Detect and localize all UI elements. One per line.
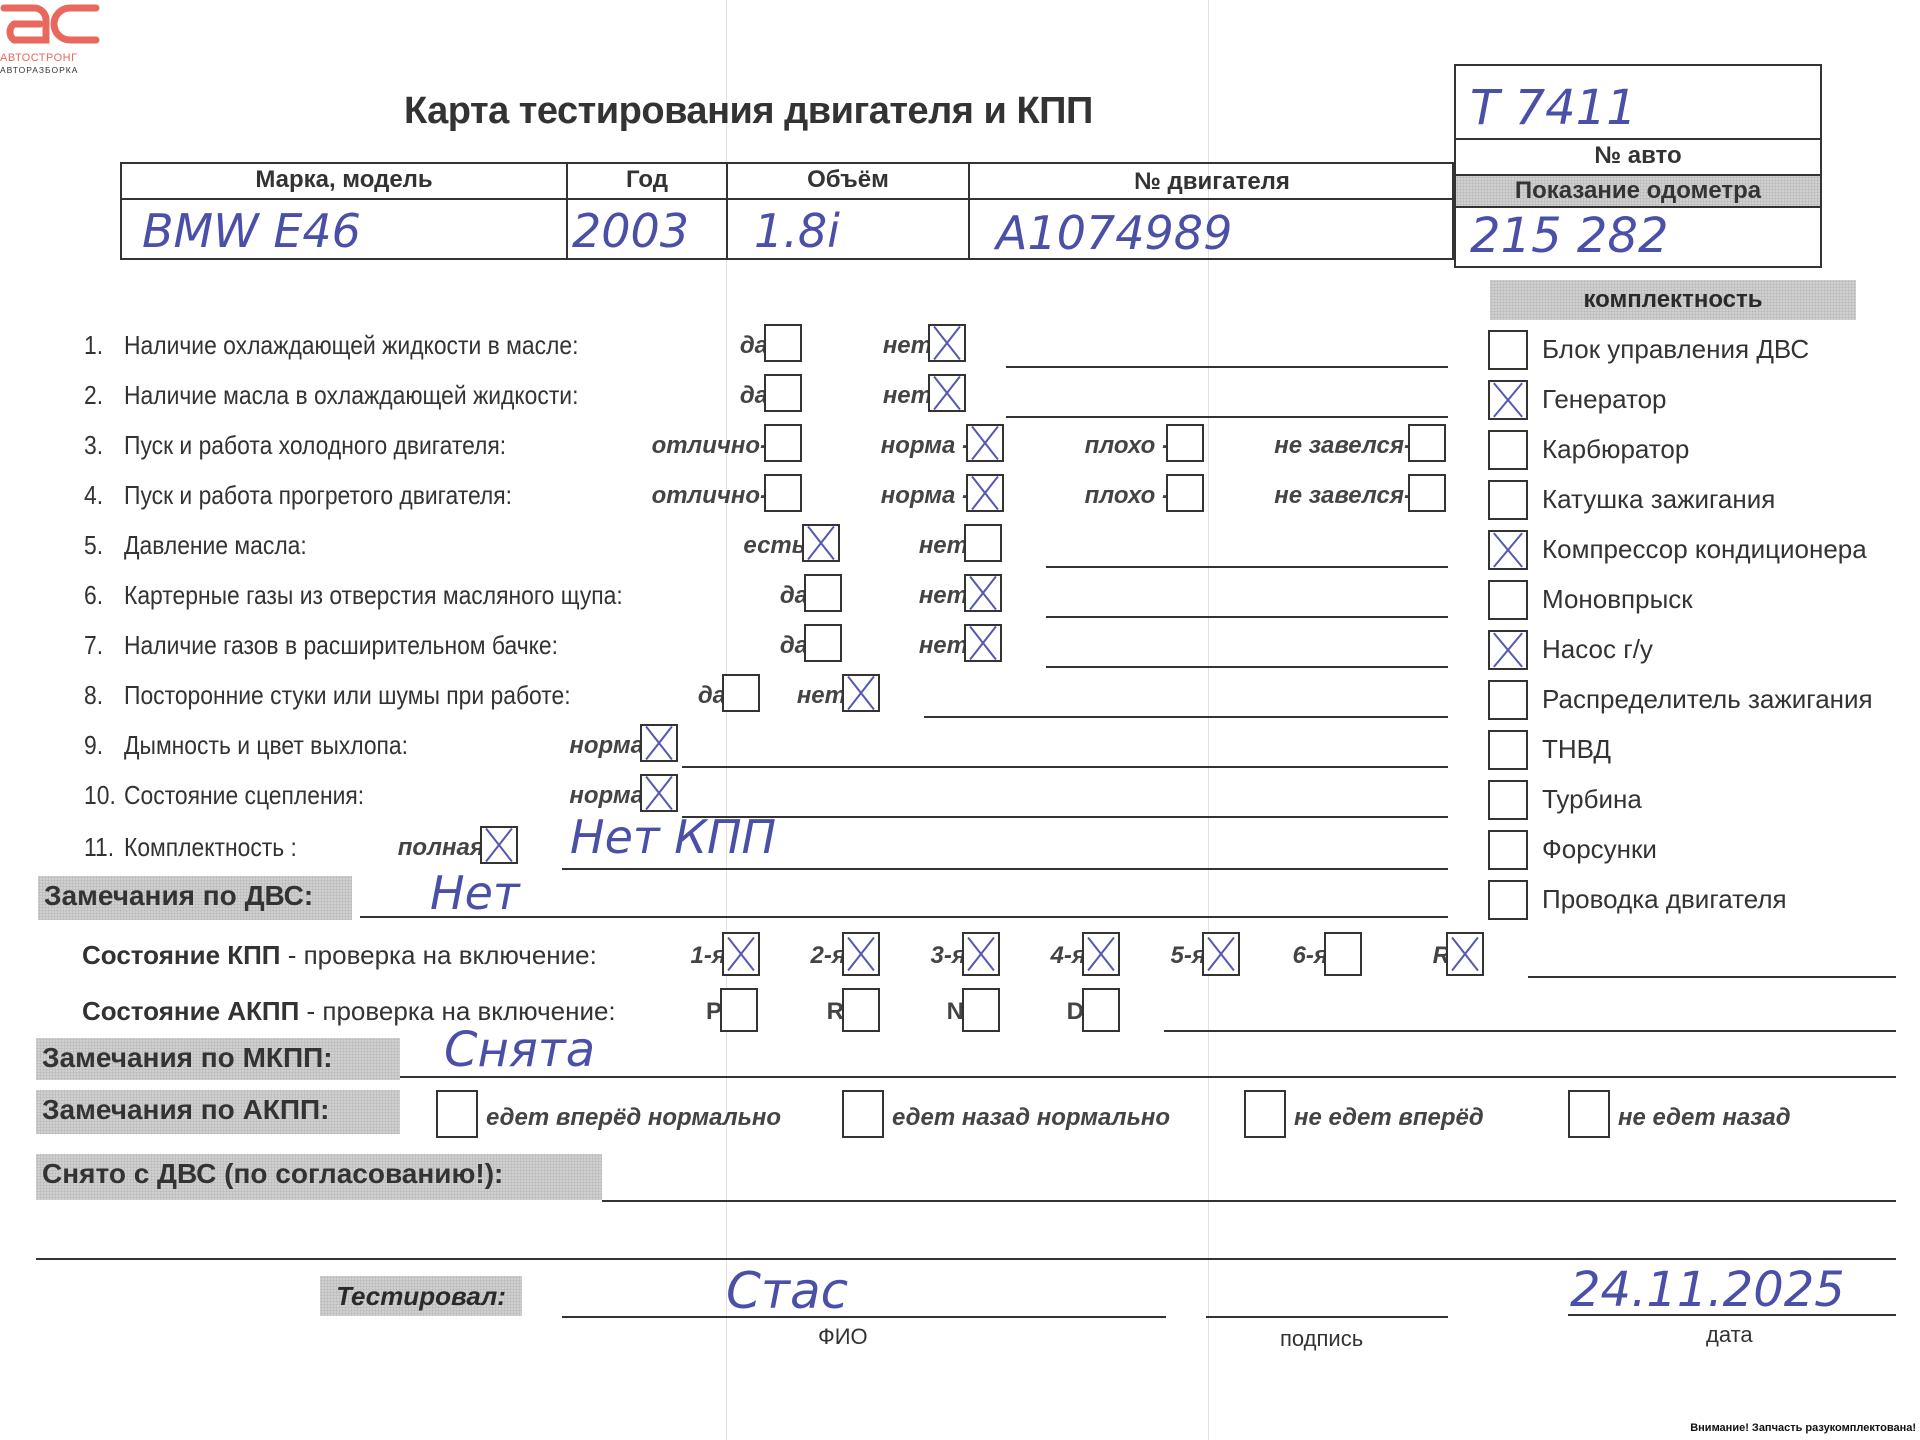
question-note-line[interactable] (682, 816, 1448, 818)
manual-gearbox-label: Состояние КПП - проверка на включение: (82, 940, 597, 971)
engine-number-value[interactable]: A1074989 (996, 206, 1232, 260)
option-label: отлично- (652, 432, 768, 460)
manual-gear-label: 1-я (691, 942, 726, 970)
completeness-checkbox[interactable] (1488, 530, 1528, 570)
car-number-value[interactable]: T 7411 (1470, 80, 1637, 136)
completeness-title: комплектность (1490, 280, 1856, 320)
option-label: нет (797, 682, 846, 710)
manual-gear-label: 4-я (1051, 942, 1086, 970)
auto-gear-checkbox[interactable] (962, 988, 1000, 1032)
manual-gear-checkbox[interactable] (1446, 932, 1484, 976)
option-checkbox[interactable] (480, 826, 518, 864)
question-number: 7. (84, 630, 103, 661)
auto-gear-checkbox[interactable] (1082, 988, 1120, 1032)
question-note-line[interactable] (1046, 616, 1448, 618)
option-checkbox[interactable] (640, 724, 678, 762)
option-label: нет (883, 382, 932, 410)
completeness-checkbox[interactable] (1488, 680, 1528, 720)
akpp-remarks-label: Замечания по АКПП: (36, 1090, 400, 1134)
akpp-option-checkbox[interactable] (436, 1090, 478, 1138)
question-text: Посторонние стуки или шумы при работе: (124, 680, 571, 711)
manual-gear-checkbox[interactable] (842, 932, 880, 976)
completeness-checkbox[interactable] (1488, 880, 1528, 920)
manual-gear-label: 5-я (1171, 942, 1206, 970)
option-checkbox[interactable] (764, 474, 802, 512)
question-number: 2. (84, 380, 103, 411)
manual-gear-checkbox[interactable] (962, 932, 1000, 976)
car-number-label: № авто (1456, 142, 1820, 170)
auto-gear-checkbox[interactable] (720, 988, 758, 1032)
option-label: не завелся- (1274, 432, 1412, 460)
akpp-option-label: едет вперёд нормально (486, 1104, 781, 1132)
engine-remarks-label: Замечания по ДВС: (38, 876, 352, 920)
removed-line-1 (602, 1200, 1896, 1202)
question-number: 3. (84, 430, 103, 461)
completeness-checkbox[interactable] (1488, 630, 1528, 670)
option-checkbox[interactable] (804, 624, 842, 662)
signature-caption: подпись (1280, 1326, 1363, 1352)
option-label: не завелся- (1274, 482, 1412, 510)
question-note-line[interactable] (1006, 366, 1448, 368)
completeness-label: Моновпрыск (1542, 584, 1693, 615)
question-text: Картерные газы из отверстия масляного щу… (124, 580, 623, 611)
option-label: отлично- (652, 482, 768, 510)
completeness-checkbox[interactable] (1488, 480, 1528, 520)
mkpp-remarks-value[interactable]: Снята (444, 1022, 595, 1078)
option-label: норма (569, 782, 644, 810)
year-value[interactable]: 2003 (572, 204, 689, 258)
question-number: 9. (84, 730, 103, 761)
option-label: норма (569, 732, 644, 760)
footer-warning: Внимание! Запчасть разукомплектована! (1690, 1422, 1916, 1434)
option-label: нет (919, 582, 968, 610)
odometer-value[interactable]: 215 282 (1470, 208, 1669, 264)
option-checkbox[interactable] (928, 324, 966, 362)
question-number: 6. (84, 580, 103, 611)
option-label: полная (398, 834, 484, 862)
completeness-label: Форсунки (1542, 834, 1657, 865)
option-checkbox[interactable] (764, 374, 802, 412)
test-date[interactable]: 24.11.2025 (1570, 1262, 1845, 1318)
option-checkbox[interactable] (764, 324, 802, 362)
option-label: есть (743, 532, 806, 560)
completeness-label: Блок управления ДВС (1542, 334, 1809, 365)
option-label: нет (883, 332, 932, 360)
auto-gearbox-notes-line (1164, 1030, 1896, 1032)
manual-gear-checkbox[interactable] (1324, 932, 1362, 976)
volume-value[interactable]: 1.8i (754, 204, 840, 258)
option-checkbox[interactable] (842, 674, 880, 712)
header-label-engine-number: № двигателя (970, 168, 1454, 196)
option-checkbox[interactable] (722, 674, 760, 712)
option-label: плохо - (1085, 432, 1170, 460)
question-text: Наличие масла в охлаждающей жидкости: (124, 380, 578, 411)
question-note-line[interactable] (1006, 416, 1448, 418)
completeness-label: ТНВД (1542, 734, 1611, 765)
question-note[interactable]: Нет КПП (570, 810, 776, 864)
option-label: нет (919, 532, 968, 560)
brand-name: АВТОСТРОНГ (0, 52, 78, 64)
question-number: 11. (84, 832, 114, 863)
question-note-line[interactable] (1046, 566, 1448, 568)
header-label-volume: Объём (728, 166, 968, 194)
option-checkbox[interactable] (928, 374, 966, 412)
odometer-label: Показание одометра (1456, 176, 1820, 206)
engine-remarks-value[interactable]: Нет (430, 866, 520, 920)
question-number: 5. (84, 530, 103, 561)
manual-gear-checkbox[interactable] (1202, 932, 1240, 976)
completeness-checkbox[interactable] (1488, 430, 1528, 470)
akpp-option-label: едет назад нормально (892, 1104, 1170, 1132)
akpp-option-checkbox[interactable] (842, 1090, 884, 1138)
manual-gear-label: 2-я (811, 942, 846, 970)
logo-icon (0, 0, 100, 48)
question-text: Давление масла: (124, 530, 307, 561)
name-caption: ФИО (818, 1324, 868, 1350)
date-line (1568, 1314, 1896, 1316)
question-note-line[interactable] (924, 716, 1448, 718)
page-title: Карта тестирования двигателя и КПП (404, 90, 1093, 133)
completeness-label: Катушка зажигания (1542, 484, 1775, 515)
completeness-label: Насос г/у (1542, 634, 1653, 665)
removed-line-2 (36, 1258, 1896, 1260)
completeness-checkbox[interactable] (1488, 380, 1528, 420)
completeness-checkbox[interactable] (1488, 580, 1528, 620)
manual-gear-label: 6-я (1293, 942, 1328, 970)
option-checkbox[interactable] (1408, 474, 1446, 512)
completeness-label: Компрессор кондиционера (1542, 534, 1867, 565)
option-checkbox[interactable] (640, 774, 678, 812)
question-number: 8. (84, 680, 103, 711)
question-number: 4. (84, 480, 103, 511)
question-text: Комплектность : (124, 832, 297, 863)
option-label: нет (919, 632, 968, 660)
akpp-option-label: не едет назад (1618, 1104, 1791, 1132)
completeness-label: Проводка двигателя (1542, 884, 1787, 915)
completeness-label: Генератор (1542, 384, 1667, 415)
akpp-option-checkbox[interactable] (1244, 1090, 1286, 1138)
signature-line[interactable] (1206, 1316, 1448, 1318)
model-value[interactable]: BMW E46 (142, 204, 361, 258)
tester-name[interactable]: Стас (726, 1262, 848, 1320)
question-text: Пуск и работа холодного двигателя: (124, 430, 506, 461)
option-checkbox[interactable] (804, 574, 842, 612)
manual-gear-checkbox[interactable] (722, 932, 760, 976)
option-checkbox[interactable] (966, 474, 1004, 512)
akpp-option-label: не едет вперёд (1294, 1104, 1484, 1132)
header-label-model: Марка, модель (122, 166, 566, 194)
option-checkbox[interactable] (964, 524, 1002, 562)
option-label: норма - (881, 482, 970, 510)
question-note-line[interactable] (1046, 666, 1448, 668)
option-label: плохо - (1085, 482, 1170, 510)
completeness-checkbox[interactable] (1488, 780, 1528, 820)
removed-label: Снято с ДВС (по согласованию!): (36, 1154, 602, 1200)
question-note-line[interactable] (682, 766, 1448, 768)
completeness-label: Турбина (1542, 784, 1642, 815)
option-checkbox[interactable] (966, 424, 1004, 462)
option-checkbox[interactable] (964, 624, 1002, 662)
question-text: Состояние сцепления: (124, 780, 364, 811)
header-label-year: Год (568, 166, 726, 194)
question-number: 10. (84, 780, 116, 811)
option-checkbox[interactable] (1166, 474, 1204, 512)
completeness-checkbox[interactable] (1488, 330, 1528, 370)
option-checkbox[interactable] (1166, 424, 1204, 462)
completeness-checkbox[interactable] (1488, 830, 1528, 870)
name-line (562, 1316, 1166, 1318)
completeness-label: Карбюратор (1542, 434, 1689, 465)
manual-gear-label: 3-я (931, 942, 966, 970)
question-number: 1. (84, 330, 103, 361)
date-caption: дата (1706, 1322, 1753, 1348)
question-note-line[interactable] (562, 868, 1448, 870)
option-checkbox[interactable] (1408, 424, 1446, 462)
manual-gear-checkbox[interactable] (1082, 932, 1120, 976)
brand-tagline: АВТОРАЗБОРКА (0, 65, 78, 75)
question-text: Наличие охлаждающей жидкости в масле: (124, 330, 578, 361)
completeness-label: Распределитель зажигания (1542, 684, 1873, 715)
question-text: Дымность и цвет выхлопа: (124, 730, 408, 761)
completeness-checkbox[interactable] (1488, 730, 1528, 770)
option-checkbox[interactable] (802, 524, 840, 562)
akpp-option-checkbox[interactable] (1568, 1090, 1610, 1138)
option-label: норма - (881, 432, 970, 460)
question-text: Наличие газов в расширительном бачке: (124, 630, 558, 661)
option-checkbox[interactable] (964, 574, 1002, 612)
question-text: Пуск и работа прогретого двигателя: (124, 480, 512, 511)
engine-remarks-line (360, 916, 1448, 918)
manual-gearbox-notes-line (1528, 976, 1896, 978)
tested-by-label: Тестировал: (320, 1276, 522, 1316)
option-checkbox[interactable] (764, 424, 802, 462)
mkpp-remarks-label: Замечания по МКПП: (36, 1038, 400, 1080)
auto-gear-checkbox[interactable] (842, 988, 880, 1032)
mkpp-remarks-line (400, 1076, 1896, 1078)
